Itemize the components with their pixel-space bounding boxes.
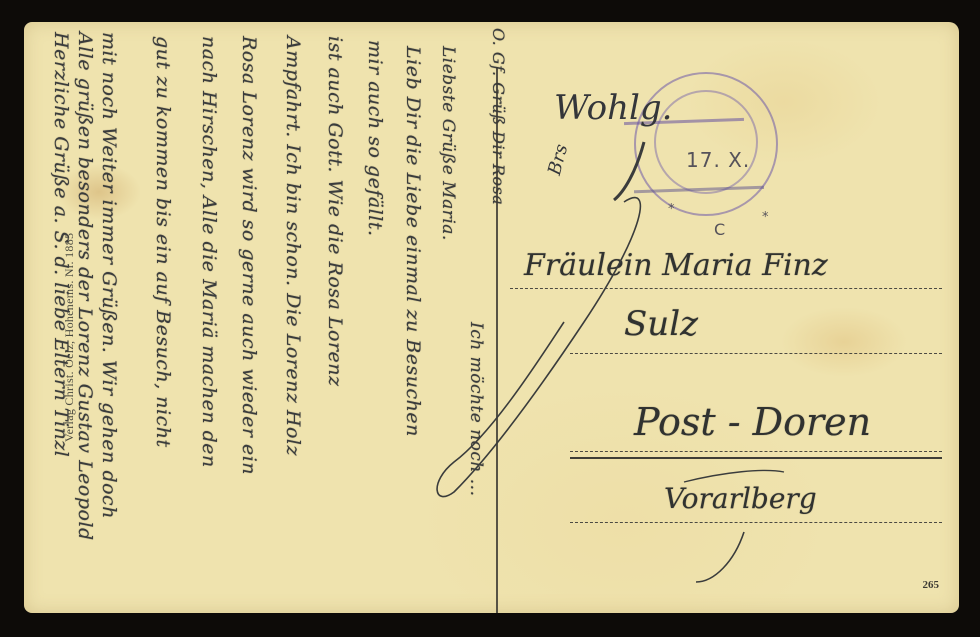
card-number: 265: [923, 579, 940, 591]
postcard: Verlag Christ. Oelz, Hohenems. Nr. 1885 …: [24, 22, 959, 613]
handwriting-flourish-icon: [24, 22, 959, 613]
